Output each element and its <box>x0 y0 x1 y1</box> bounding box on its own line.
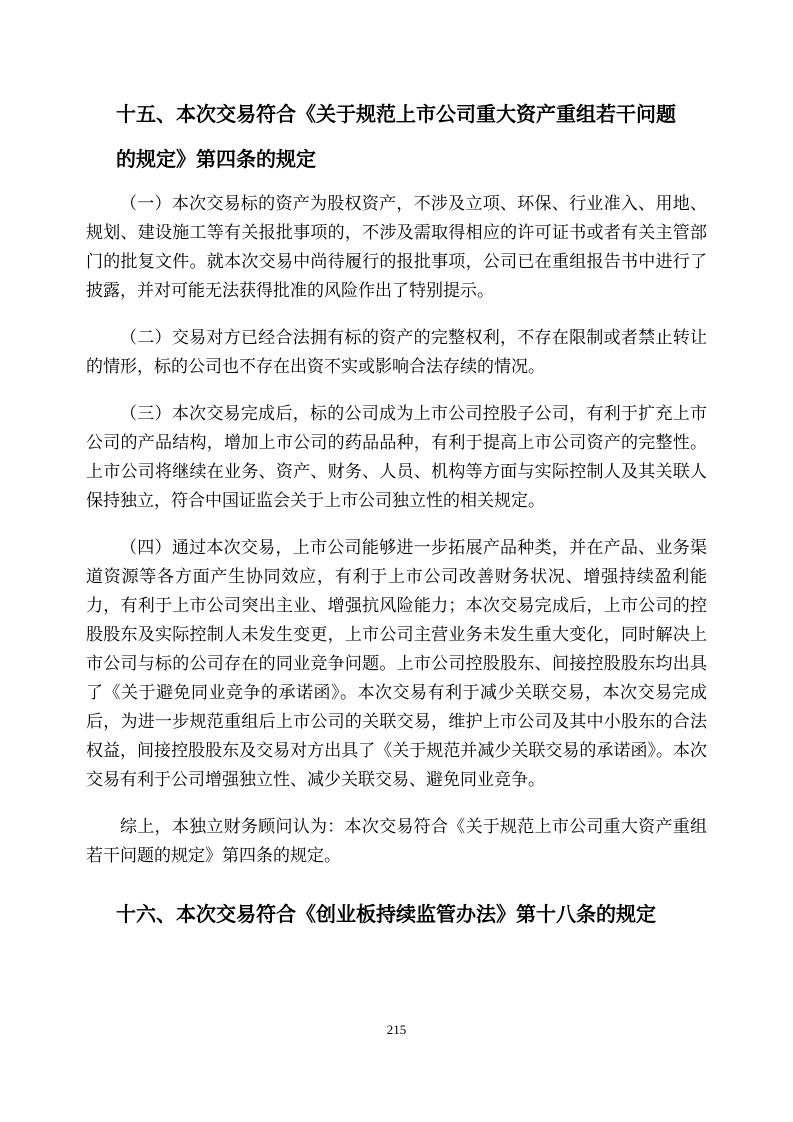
paragraph-1: （一）本次交易标的资产为股权资产，不涉及立项、环保、行业准入、用地、规划、建设施… <box>86 189 707 305</box>
document-page: 十五、本次交易符合《关于规范上市公司重大资产重组若干问题的规定》第四条的规定 （… <box>0 0 793 1122</box>
section-16-heading: 十六、本次交易符合《创业板持续监管办法》第十八条的规定 <box>86 893 691 938</box>
page-number: 215 <box>0 1022 793 1038</box>
page-content: 十五、本次交易符合《关于规范上市公司重大资产重组若干问题的规定》第四条的规定 （… <box>0 0 793 938</box>
section-15-heading: 十五、本次交易符合《关于规范上市公司重大资产重组若干问题的规定》第四条的规定 <box>86 93 691 183</box>
paragraph-3: （三）本次交易完成后，标的公司成为上市公司控股子公司，有利于扩充上市公司的产品结… <box>86 399 707 515</box>
paragraph-conclusion: 综上，本独立财务顾问认为：本次交易符合《关于规范上市公司重大资产重组若干问题的规… <box>86 812 707 870</box>
paragraph-2: （二）交易对方已经合法拥有标的资产的完整权利，不存在限制或者禁止转让的情形，标的… <box>86 323 707 381</box>
paragraph-4: （四）通过本次交易，上市公司能够进一步拓展产品种类，并在产品、业务渠道资源等各方… <box>86 533 707 794</box>
